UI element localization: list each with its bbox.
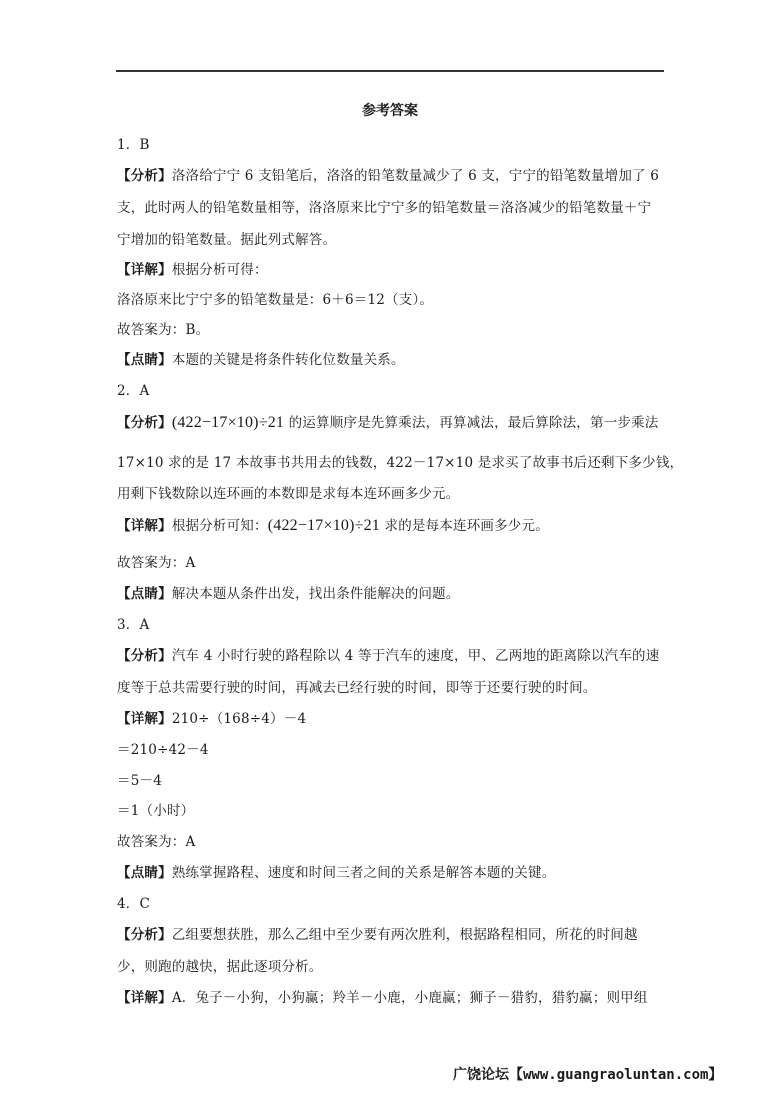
text-body: 本题的关键是将条件转化位数量关系。 xyxy=(172,352,405,368)
page-title: 参考答案 xyxy=(0,100,780,120)
text-line: 【点睛】解决本题从条件出发，找出条件能解决的问题。 xyxy=(117,582,460,602)
text-body: 故答案为：A xyxy=(117,834,195,850)
text-line: 【点睛】本题的关键是将条件转化位数量关系。 xyxy=(117,348,405,368)
text-line: 少，则跑的越快，据此逐项分析。 xyxy=(117,955,323,975)
text-body: 宁增加的铅笔数量。据此列式解答。 xyxy=(117,232,336,248)
text-line: 支，此时两人的铅笔数量相等，洛洛原来比宁宁多的铅笔数量＝洛洛减少的铅笔数量＋宁 xyxy=(117,196,651,216)
math-expression: (422−17×10)÷21 xyxy=(268,517,380,534)
text-line: 洛洛原来比宁宁多的铅笔数量是：6＋6＝12（支）。 xyxy=(117,288,433,308)
text-line: ＝210÷42－4 xyxy=(117,738,209,758)
section-tag: 【详解】 xyxy=(117,262,172,278)
text-body: 1．B xyxy=(117,137,150,153)
text-body: ＝210÷42－4 xyxy=(117,742,209,758)
text-body: 支，此时两人的铅笔数量相等，洛洛原来比宁宁多的铅笔数量＝洛洛减少的铅笔数量＋宁 xyxy=(117,200,651,216)
text-line: 1．B xyxy=(117,133,150,153)
text-body: 洛洛给宁宁 6 支铅笔后，洛洛的铅笔数量减少了 6 支，宁宁的铅笔数量增加了 6 xyxy=(172,168,659,184)
text-line: 【详解】根据分析可知：(422−17×10)÷21 求的是每本连环画多少元。 xyxy=(117,514,549,535)
text-line: 【分析】洛洛给宁宁 6 支铅笔后，洛洛的铅笔数量减少了 6 支，宁宁的铅笔数量增… xyxy=(117,164,659,184)
section-tag: 【点睛】 xyxy=(117,586,172,602)
text-line: 【详解】根据分析可得： xyxy=(117,258,268,278)
section-tag: 【详解】 xyxy=(117,990,172,1006)
text-line: 2．A xyxy=(117,379,149,399)
text-body: 汽车 4 小时行驶的路程除以 4 等于汽车的速度，甲、乙两地的距离除以汽车的速 xyxy=(172,648,660,664)
text-line: ＝5－4 xyxy=(117,769,162,789)
text-line: 故答案为：B。 xyxy=(117,318,209,338)
text-body: A．兔子－小狗，小狗赢；羚羊－小鹿，小鹿赢；狮子－猎豹，猎豹赢；则甲组 xyxy=(172,990,648,1006)
text-body: ＝1（小时） xyxy=(117,803,194,819)
text-body: 故答案为：A xyxy=(117,555,195,571)
text-body: 洛洛原来比宁宁多的铅笔数量是：6＋6＝12（支）。 xyxy=(117,292,433,308)
text-line: 故答案为：A xyxy=(117,830,195,850)
text-body: 17×10 求的是 17 本故事书共用去的钱数，422－17×10 是求买了故事… xyxy=(117,455,683,471)
text-body: 2．A xyxy=(117,383,149,399)
text-line: 度等于总共需要行驶的时间，再减去已经行驶的时间，即等于还要行驶的时间。 xyxy=(117,676,597,696)
text-body: 210÷（168÷4）－4 xyxy=(172,711,306,727)
text-line: 【点睛】熟练掌握路程、速度和时间三者之间的关系是解答本题的关键。 xyxy=(117,861,555,881)
text-line: 用剩下钱数除以连环画的本数即是求每本连环画多少元。 xyxy=(117,482,460,502)
section-tag: 【点睛】 xyxy=(117,865,172,881)
text-line: 17×10 求的是 17 本故事书共用去的钱数，422－17×10 是求买了故事… xyxy=(117,451,683,471)
section-tag: 【点睛】 xyxy=(117,352,172,368)
text-line: 【分析】乙组要想获胜，那么乙组中至少要有两次胜利，根据路程相同，所花的时间越 xyxy=(117,923,638,943)
text-line: 故答案为：A xyxy=(117,551,195,571)
text-body: 3．A xyxy=(117,617,149,633)
text-line: ＝1（小时） xyxy=(117,799,194,819)
text-line: 【详解】A．兔子－小狗，小狗赢；羚羊－小鹿，小鹿赢；狮子－猎豹，猎豹赢；则甲组 xyxy=(117,986,648,1006)
text-body: 度等于总共需要行驶的时间，再减去已经行驶的时间，即等于还要行驶的时间。 xyxy=(117,680,597,696)
text-line: 宁增加的铅笔数量。据此列式解答。 xyxy=(117,228,336,248)
text-body: 4．C xyxy=(117,896,150,912)
section-tag: 【分析】 xyxy=(117,648,172,664)
section-tag: 【详解】 xyxy=(117,518,172,534)
text-line: 【分析】汽车 4 小时行驶的路程除以 4 等于汽车的速度，甲、乙两地的距离除以汽… xyxy=(117,644,659,664)
text-prefix: 根据分析可知： xyxy=(172,518,268,534)
section-tag: 【分析】 xyxy=(117,168,172,184)
text-body: 乙组要想获胜，那么乙组中至少要有两次胜利，根据路程相同，所花的时间越 xyxy=(172,927,638,943)
text-body: 故答案为：B。 xyxy=(117,322,209,338)
section-tag: 【分析】 xyxy=(117,415,172,431)
section-tag: 【详解】 xyxy=(117,711,172,727)
footer-watermark: 广饶论坛【www.guangraoluntan.com】 xyxy=(453,1064,722,1084)
header-rule xyxy=(116,70,664,72)
text-line: 3．A xyxy=(117,613,149,633)
text-body: 用剩下钱数除以连环画的本数即是求每本连环画多少元。 xyxy=(117,486,460,502)
text-body: 解决本题从条件出发，找出条件能解决的问题。 xyxy=(172,586,460,602)
text-body: 少，则跑的越快，据此逐项分析。 xyxy=(117,959,323,975)
section-tag: 【分析】 xyxy=(117,927,172,943)
text-body: 根据分析可得： xyxy=(172,262,268,278)
text-body: 熟练掌握路程、速度和时间三者之间的关系是解答本题的关键。 xyxy=(172,865,556,881)
math-expression: (422−17×10)÷21 xyxy=(172,414,284,431)
text-line: 【详解】210÷（168÷4）－4 xyxy=(117,707,306,727)
text-line: 4．C xyxy=(117,892,150,912)
text-body: 求的是每本连环画多少元。 xyxy=(380,518,549,534)
text-line: 【分析】(422−17×10)÷21 的运算顺序是先算乘法，再算减法，最后算除法… xyxy=(117,411,659,432)
text-body: ＝5－4 xyxy=(117,773,162,789)
text-body: 的运算顺序是先算乘法，再算减法，最后算除法，第一步乘法 xyxy=(284,415,658,431)
